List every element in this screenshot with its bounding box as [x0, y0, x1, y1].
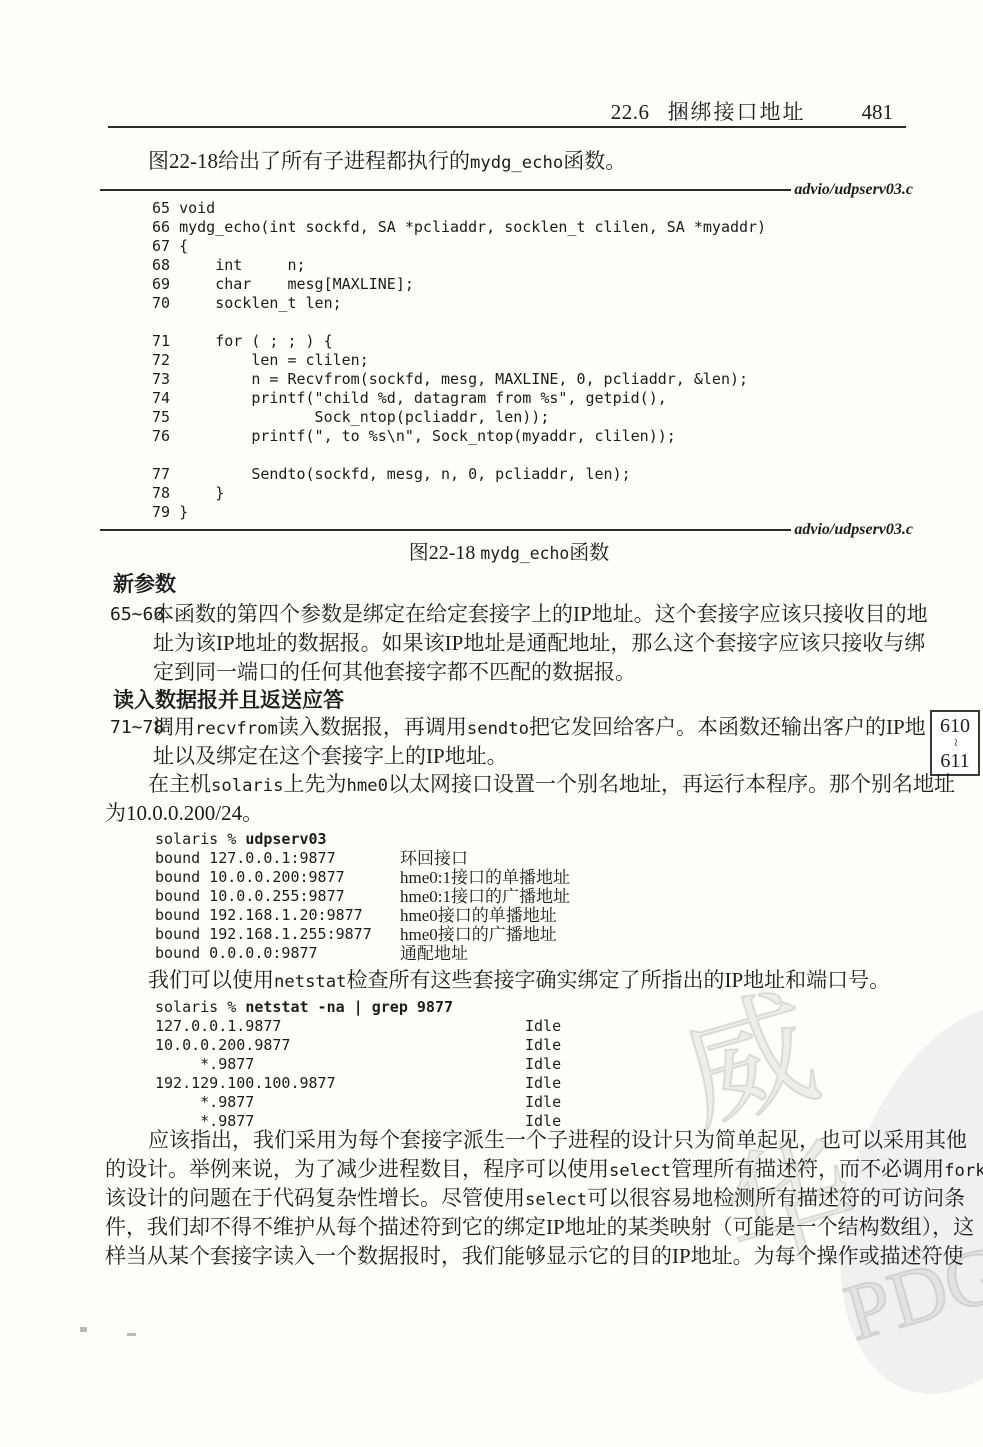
section-number: 22.6	[611, 100, 650, 125]
text-segment: mydg_echo	[480, 544, 569, 563]
comment-note: 通配地址	[400, 944, 468, 963]
text-segment: select	[609, 1161, 671, 1181]
body-line: 为10.0.0.200/24。	[105, 799, 917, 828]
comment-note: hme0:1接口的广播地址	[400, 887, 570, 906]
paragraph-new-params: 本函数的第四个参数是绑定在给定套接字上的IP地址。这个套接字应该只接收目的地 址…	[153, 600, 917, 687]
text-segment: 把它发回给客户。本函数还输出客户的IP地	[529, 715, 926, 739]
code-line: 79 }	[152, 503, 766, 522]
source-file-label-top: advio/udpserv03.c	[794, 181, 913, 199]
code-line: 69 char mesg[MAXLINE];	[152, 275, 766, 294]
text-segment: 件，我们却不得不维护从每个描述符到它的绑定IP地址的某类映射（可能是一个结构数组…	[105, 1215, 974, 1239]
body-line: 样当从某个套接字读入一个数据报时，我们能够显示它的目的IP地址。为每个操作或描述…	[105, 1242, 917, 1271]
text-segment: 该设计的问题在于代码复杂性增长。尽管使用	[105, 1186, 525, 1210]
shell-prompt: solaris %	[155, 998, 245, 1016]
code-line-blank	[152, 313, 766, 332]
idle-state: Idle	[525, 1074, 561, 1093]
bound-address: bound 10.0.0.200:9877	[155, 868, 345, 886]
rule-line	[100, 189, 791, 191]
text-segment: 管理所有描述符，而不必调用	[671, 1157, 944, 1181]
text-segment: 图22-18	[409, 542, 481, 564]
text-segment: 我们可以使用	[148, 968, 274, 992]
header-rule	[108, 126, 906, 128]
terminal-row: 127.0.0.1.9877Idle	[155, 1017, 915, 1036]
page-range-box: 610 ~ 611	[930, 710, 980, 776]
page-range-squiggle: ~	[932, 737, 978, 750]
text-segment: netstat	[274, 972, 347, 992]
idle-state: Idle	[525, 1036, 561, 1055]
text-segment: recvfrom	[195, 719, 278, 739]
shell-prompt: solaris %	[155, 830, 245, 848]
text-segment: 本函数的第四个参数是绑定在给定套接字上的IP地址。这个套接字应该只接收目的地	[153, 602, 928, 626]
text-segment: 函数	[569, 542, 609, 564]
terminal-row: bound 192.168.1.20:9877hme0接口的单播地址	[155, 906, 915, 925]
text-segment: 可以很容易地检测所有描述符的可访问条	[587, 1186, 965, 1210]
code-line: 73 n = Recvfrom(sockfd, mesg, MAXLINE, 0…	[152, 370, 766, 389]
text-segment: sendto	[467, 719, 529, 739]
terminal-row: bound 127.0.0.1:9877环回接口	[155, 849, 915, 868]
text-segment: 上先为	[284, 772, 347, 796]
scan-speck	[127, 1333, 136, 1336]
shell-command: netstat -na | grep 9877	[245, 998, 453, 1016]
comment-note: hme0接口的单播地址	[400, 906, 557, 925]
scan-speck	[80, 1327, 87, 1332]
body-line: 本函数的第四个参数是绑定在给定套接字上的IP地址。这个套接字应该只接收目的地	[153, 600, 917, 629]
code-line: 76 printf(", to %s\n", Sock_ntop(myaddr,…	[152, 427, 766, 446]
text-segment: 址为该IP地址的数据报。如果该IP地址是通配地址，那么这个套接字应该只接收与绑	[153, 631, 925, 655]
text-segment: 定到同一端口的任何其他套接字都不匹配的数据报。	[153, 660, 636, 684]
socket-address: 127.0.0.1.9877	[155, 1017, 281, 1035]
terminal-prompt-row: solaris % udpserv03	[155, 830, 915, 849]
text-segment: 址以及绑定在这个套接字上的IP地址。	[153, 744, 508, 768]
figure-caption: 图22-18 mydg_echo函数	[105, 536, 913, 565]
page-range-bottom: 611	[932, 750, 978, 772]
body-line: 调用recvfrom读入数据报，再调用sendto把它发回给客户。本函数还输出客…	[153, 713, 917, 742]
text-segment: 读入数据报，再调用	[278, 715, 467, 739]
code-line: 65 void	[152, 199, 766, 218]
terminal-prompt-row: solaris % netstat -na | grep 9877	[155, 998, 915, 1017]
idle-state: Idle	[525, 1055, 561, 1074]
code-line: 67 {	[152, 237, 766, 256]
text-segment: select	[525, 1190, 587, 1210]
code-line: 71 for ( ; ; ) {	[152, 332, 766, 351]
text-segment: 调用	[153, 715, 195, 739]
bound-address: bound 127.0.0.1:9877	[155, 849, 336, 867]
terminal-row: 10.0.0.200.9877Idle	[155, 1036, 915, 1055]
comment-note: 环回接口	[400, 849, 468, 868]
terminal-row: bound 10.0.0.200:9877hme0:1接口的单播地址	[155, 868, 915, 887]
text-segment: hme0	[347, 776, 388, 796]
text-segment: solaris	[211, 776, 284, 796]
code-line: 74 printf("child %d, datagram from %s", …	[152, 389, 766, 408]
text-segment: 以太网接口设置一个别名地址，再运行本程序。那个别名地址	[388, 772, 955, 796]
body-line: 应该指出，我们采用为每个套接字派生一个子进程的设计只为简单起见，也可以采用其他	[105, 1126, 917, 1155]
code-line: 75 Sock_ntop(pcliaddr, len));	[152, 408, 766, 427]
bound-address: bound 192.168.1.20:9877	[155, 906, 363, 924]
text-segment: 的设计。举例来说，为了减少进程数目，程序可以使用	[105, 1157, 609, 1181]
listing-rule-top: advio/udpserv03.c	[100, 181, 913, 199]
terminal-row: bound 192.168.1.255:9877hme0接口的广播地址	[155, 925, 915, 944]
body-line: 的设计。举例来说，为了减少进程数目，程序可以使用select管理所有描述符，而不…	[105, 1155, 917, 1184]
code-line: 68 int n;	[152, 256, 766, 275]
text-segment: 应该指出，我们采用为每个套接字派生一个子进程的设计只为简单起见，也可以采用其他	[148, 1128, 967, 1152]
body-line: 定到同一端口的任何其他套接字都不匹配的数据报。	[153, 658, 917, 687]
terminal-row: *.9877Idle	[155, 1055, 915, 1074]
socket-address: 10.0.0.200.9877	[155, 1036, 290, 1054]
comment-note: hme0:1接口的单播地址	[400, 868, 570, 887]
heading-new-params: 新参数	[113, 568, 176, 598]
code-listing: 65 void 66 mydg_echo(int sockfd, SA *pcl…	[152, 199, 766, 522]
closing-paragraph: 应该指出，我们采用为每个套接字派生一个子进程的设计只为简单起见，也可以采用其他 …	[105, 1126, 917, 1271]
page-range-top: 610	[932, 715, 978, 737]
scanned-book-page: 威 华 PDG 22.6 捆绑接口地址 481 图22-18给出了所有子进程都执…	[0, 0, 983, 1447]
body-line: 件，我们却不得不维护从每个描述符到它的绑定IP地址的某类映射（可能是一个结构数组…	[105, 1213, 917, 1242]
terminal-output-netstat: solaris % netstat -na | grep 9877 127.0.…	[155, 998, 915, 1131]
section-title: 捆绑接口地址	[668, 96, 806, 126]
body-line: 址以及绑定在这个套接字上的IP地址。	[153, 742, 917, 771]
text-segment: fork	[944, 1161, 983, 1181]
terminal-output-udpserv03: solaris % udpserv03 bound 127.0.0.1:9877…	[155, 830, 915, 963]
bound-address: bound 0.0.0.0:9877	[155, 944, 318, 962]
socket-address: *.9877	[155, 1093, 254, 1111]
text-segment: 样当从某个套接字读入一个数据报时，我们能够显示它的目的IP地址。为每个操作或描述…	[105, 1244, 964, 1268]
idle-state: Idle	[525, 1017, 561, 1036]
code-line: 78 }	[152, 484, 766, 503]
code-line: 77 Sendto(sockfd, mesg, n, 0, pcliaddr, …	[152, 465, 766, 484]
socket-address: 192.129.100.100.9877	[155, 1074, 336, 1092]
text-segment: 检查所有这些套接字确实绑定了所指出的IP地址和端口号。	[347, 968, 891, 992]
code-line: 70 socklen_t len;	[152, 294, 766, 313]
socket-address: *.9877	[155, 1055, 254, 1073]
text-segment: 在主机	[148, 772, 211, 796]
text-segment: mydg_echo	[470, 153, 563, 173]
body-line: 在主机solaris上先为hme0以太网接口设置一个别名地址，再运行本程序。那个…	[105, 770, 917, 799]
bound-address: bound 192.168.1.255:9877	[155, 925, 372, 943]
rule-line	[100, 529, 791, 531]
body-line: 我们可以使用netstat检查所有这些套接字确实绑定了所指出的IP地址和端口号。	[105, 966, 917, 995]
bound-address: bound 10.0.0.255:9877	[155, 887, 345, 905]
code-line: 66 mydg_echo(int sockfd, SA *pcliaddr, s…	[152, 218, 766, 237]
text-segment: 函数。	[563, 149, 626, 173]
page-number: 481	[862, 100, 894, 125]
idle-state: Idle	[525, 1093, 561, 1112]
heading-read-reply: 读入数据报并且返送应答	[113, 684, 344, 714]
terminal-row: bound 0.0.0.0:9877通配地址	[155, 944, 915, 963]
paragraph-solaris: 在主机solaris上先为hme0以太网接口设置一个别名地址，再运行本程序。那个…	[105, 770, 917, 828]
text-segment: 为10.0.0.200/24。	[105, 801, 263, 825]
body-line: 址为该IP地址的数据报。如果该IP地址是通配地址，那么这个套接字应该只接收与绑	[153, 629, 917, 658]
intro-paragraph: 图22-18给出了所有子进程都执行的mydg_echo函数。	[105, 147, 960, 178]
body-line: 该设计的问题在于代码复杂性增长。尽管使用select可以很容易地检测所有描述符的…	[105, 1184, 917, 1213]
terminal-row: 192.129.100.100.9877Idle	[155, 1074, 915, 1093]
text-segment: 图22-18给出了所有子进程都执行的	[148, 149, 470, 173]
paragraph-netstat: 我们可以使用netstat检查所有这些套接字确实绑定了所指出的IP地址和端口号。	[105, 966, 917, 995]
terminal-row: *.9877Idle	[155, 1093, 915, 1112]
terminal-row: bound 10.0.0.255:9877hme0:1接口的广播地址	[155, 887, 915, 906]
paragraph-read-reply: 调用recvfrom读入数据报，再调用sendto把它发回给客户。本函数还输出客…	[153, 713, 917, 771]
code-line-blank	[152, 446, 766, 465]
comment-note: hme0接口的广播地址	[400, 925, 557, 944]
code-line: 72 len = clilen;	[152, 351, 766, 370]
shell-command: udpserv03	[245, 830, 326, 848]
running-header: 22.6 捆绑接口地址 481	[611, 96, 893, 126]
